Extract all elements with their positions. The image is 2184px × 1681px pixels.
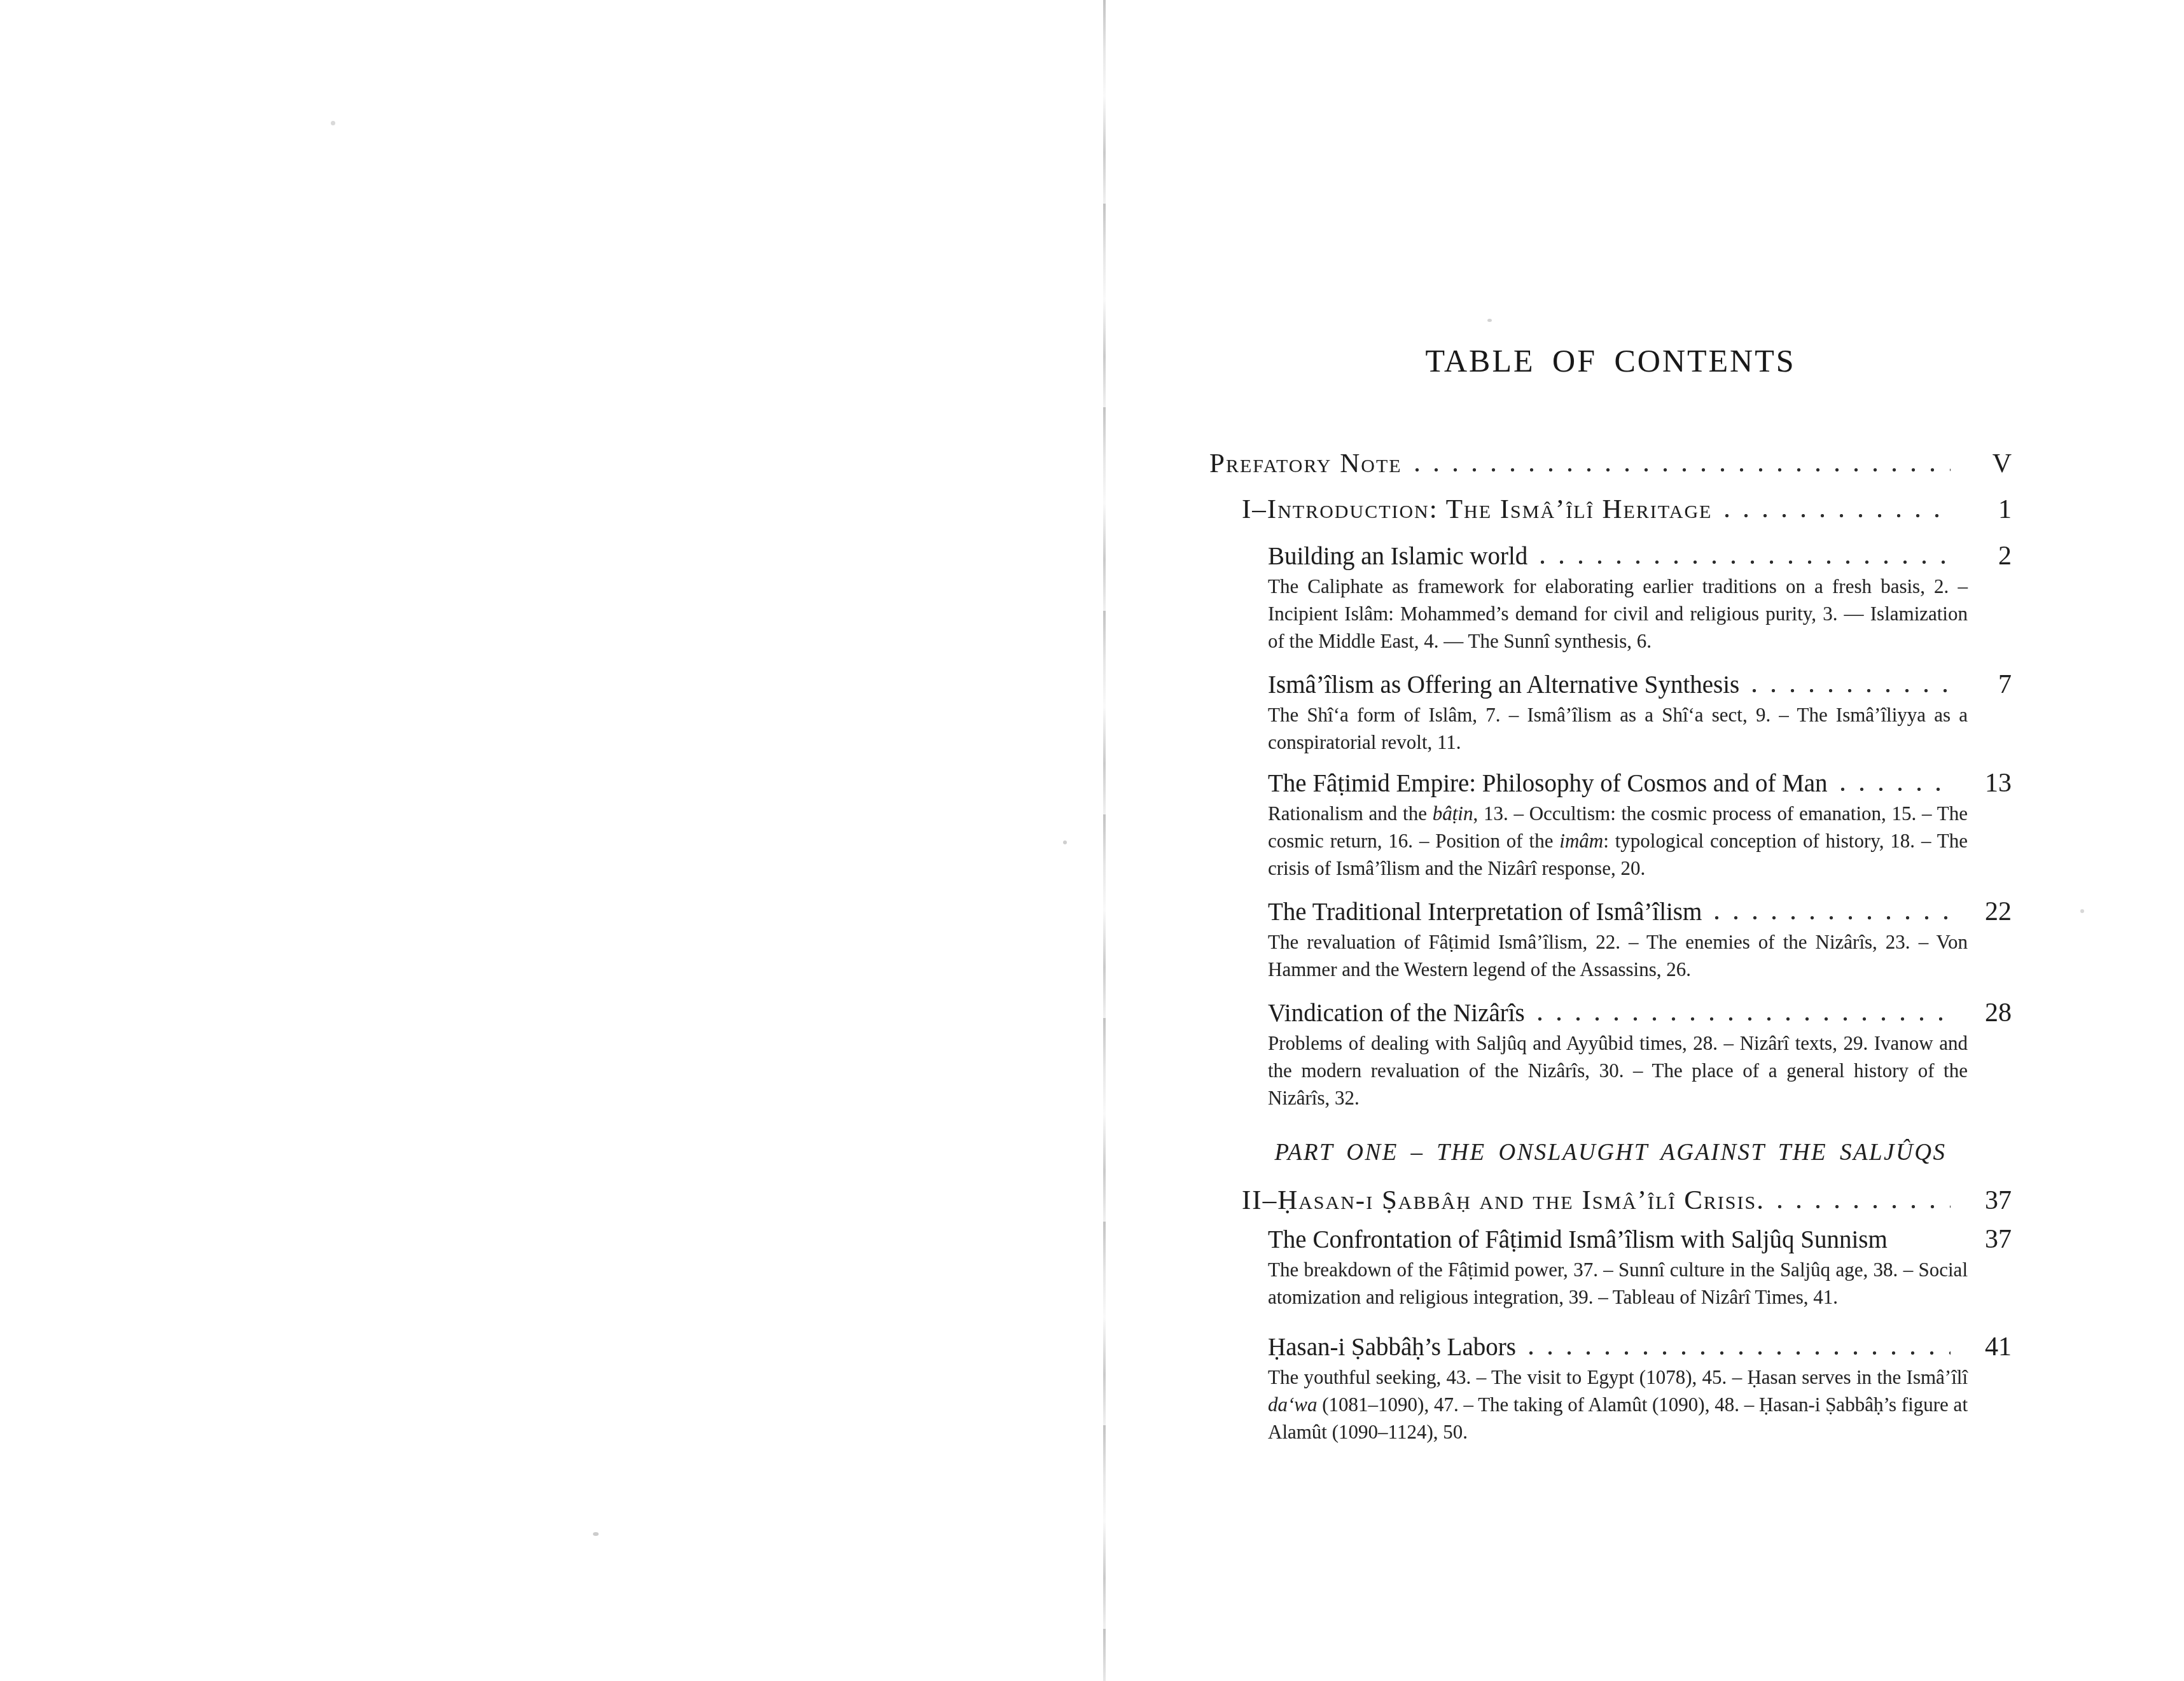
toc-list: Prefatory NoteVI–Introduction: The Ismâ’… [1209,447,2012,1446]
toc-entry: Vindication of the Nizârîs28Problems of … [1268,998,2012,1112]
entry-body-text: Rationalism and the [1268,802,1433,825]
toc-entry: Building an Islamic world2The Caliphate … [1268,541,2012,655]
toc-entry-row: I–Introduction: The Ismâ’îlî Heritage1 [1242,493,2012,526]
entry-label: I–Introduction: The Ismâ’îlî Heritage [1242,493,1712,526]
toc-entry-row: The Fâṭimid Empire: Philosophy of Cosmos… [1268,769,2012,799]
part-divider: PART ONE – THE ONSLAUGHT AGAINST THE SAL… [1209,1138,2012,1168]
toc-entry-row: Prefatory NoteV [1209,447,2012,480]
page-number: 28 [1961,998,2012,1028]
entry-body-text: The breakdown of the Fâṭimid power, 37. … [1268,1259,1968,1308]
toc-entry-row: The Confrontation of Fâṭimid Ismâ’îlism … [1268,1225,2012,1255]
dot-leader [1725,513,1951,518]
scanned-book-spread: TABLE OF CONTENTS Prefatory NoteVI–Intro… [0,0,2184,1681]
dot-leader [1415,468,1951,472]
page-number: 22 [1961,897,2012,926]
entry-body-italic: bâṭin [1433,802,1473,825]
entry-label: The Fâṭimid Empire: Philosophy of Cosmos… [1268,769,1828,799]
scan-speck [1063,840,1067,844]
toc-entry-row: Ḥasan-i Ṣabbâḥ’s Labors41 [1268,1332,2012,1362]
entry-body-italic: da‘wa [1268,1393,1318,1416]
toc-entry: The Traditional Interpretation of Ismâ’î… [1268,897,2012,983]
scan-speck [1487,319,1492,322]
entry-label: The Traditional Interpretation of Ismâ’î… [1268,898,1702,927]
toc-entry-row: Ismâ’îlism as Offering an Alternative Sy… [1268,670,2012,700]
dot-leader [1777,1204,1951,1209]
toc-entry: The Fâṭimid Empire: Philosophy of Cosmos… [1268,769,2012,882]
entry-label: Prefatory Note [1209,447,1402,480]
scan-speck [2080,909,2084,913]
toc-entry: Prefatory NoteV [1209,447,2012,480]
dot-leader [1840,787,1951,792]
entry-body-text: The youthful seeking, 43. – The visit to… [1268,1366,1968,1388]
page-title: TABLE OF CONTENTS [1209,344,2012,377]
page-number: 7 [1961,670,2012,699]
dot-leader [1540,560,1951,564]
entry-body: The revaluation of Fâṭimid Ismâ’îlism, 2… [1268,928,1968,983]
entry-label: II–Ḥasan-i Ṣabbâḥ and the Ismâ’îlî Crisi… [1242,1184,1765,1217]
entry-body-text: (1081–1090), 47. – The taking of Alamût … [1268,1393,1968,1443]
entry-label: Ḥasan-i Ṣabbâḥ’s Labors [1268,1333,1516,1362]
entry-label: The Confrontation of Fâṭimid Ismâ’îlism … [1268,1225,1888,1255]
toc-entry-row: The Traditional Interpretation of Ismâ’î… [1268,897,2012,927]
entry-body: The youthful seeking, 43. – The visit to… [1268,1364,1968,1446]
entry-body-text: The Caliphate as framework for elaborati… [1268,575,1968,652]
toc-entry-row: II–Ḥasan-i Ṣabbâḥ and the Ismâ’îlî Crisi… [1242,1184,2012,1217]
entry-body: The Caliphate as framework for elaborati… [1268,573,1968,655]
entry-body: The Shî‘a form of Islâm, 7. – Ismâ’îlism… [1268,701,1968,756]
entry-body: The breakdown of the Fâṭimid power, 37. … [1268,1256,1968,1311]
entry-body-text: Problems of dealing with Saljûq and Ayyû… [1268,1032,1968,1109]
toc-entry: Ḥasan-i Ṣabbâḥ’s Labors41The youthful se… [1268,1332,2012,1446]
entry-body: Rationalism and the bâṭin, 13. – Occulti… [1268,800,1968,882]
toc-entry: II–Ḥasan-i Ṣabbâḥ and the Ismâ’îlî Crisi… [1242,1184,2012,1217]
dot-leader [1752,688,1951,693]
page-number: 1 [1961,495,2012,524]
entry-body: Problems of dealing with Saljûq and Ayyû… [1268,1029,1968,1112]
scan-speck [331,121,335,125]
dot-leader [1538,1017,1951,1021]
page-gutter-line [1103,0,1106,1681]
entry-label: Building an Islamic world [1268,542,1527,571]
page-number: 2 [1961,541,2012,571]
entry-body-text: The revaluation of Fâṭimid Ismâ’îlism, 2… [1268,931,1968,980]
page-number: 41 [1961,1332,2012,1362]
toc-entry: The Confrontation of Fâṭimid Ismâ’îlism … [1268,1225,2012,1311]
page-number: 37 [1961,1186,2012,1215]
page-number: V [1961,449,2012,478]
entry-label: Ismâ’îlism as Offering an Alternative Sy… [1268,671,1739,700]
entry-body-italic: imâm [1559,830,1603,852]
dot-leader [1715,916,1951,920]
toc-entry: Ismâ’îlism as Offering an Alternative Sy… [1268,670,2012,756]
entry-body-text: The Shî‘a form of Islâm, 7. – Ismâ’îlism… [1268,704,1968,753]
entry-label: Vindication of the Nizârîs [1268,999,1525,1028]
page-number: 37 [1961,1225,2012,1254]
scan-speck [593,1532,599,1536]
toc-entry: I–Introduction: The Ismâ’îlî Heritage1 [1242,493,2012,526]
toc-entry-row: Vindication of the Nizârîs28 [1268,998,2012,1028]
toc-entry-row: Building an Islamic world2 [1268,541,2012,571]
part-divider-label: PART ONE – THE ONSLAUGHT AGAINST THE SAL… [1275,1140,1947,1166]
page-number: 13 [1961,769,2012,798]
dot-leader [1529,1351,1951,1355]
